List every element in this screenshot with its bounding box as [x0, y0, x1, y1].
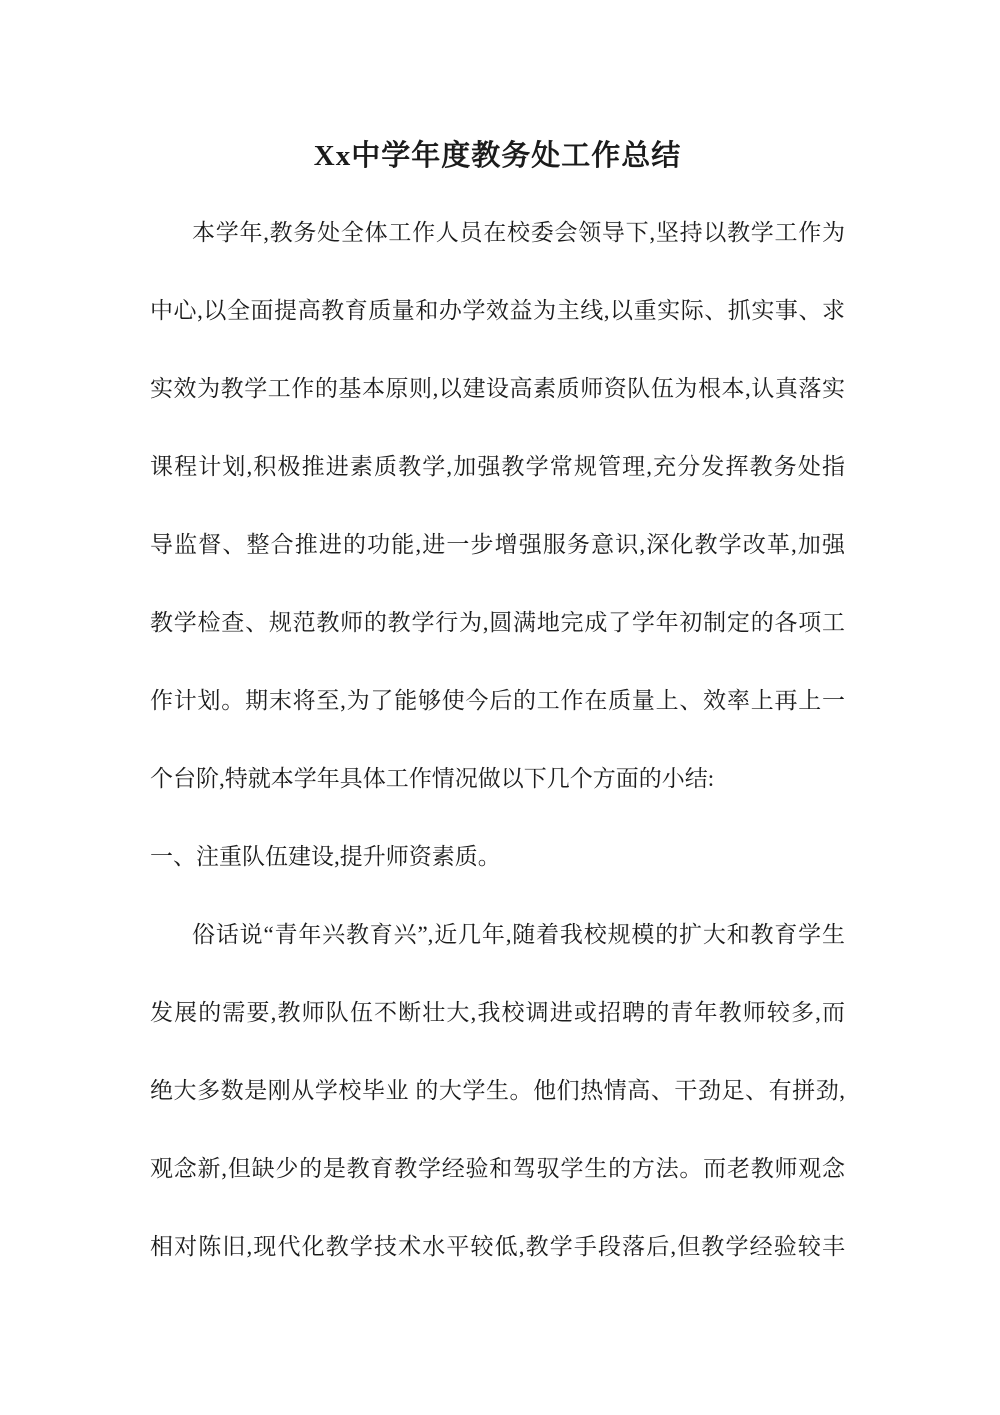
- text-line: 发展的需要,教师队伍不断壮大,我校调进或招聘的青年教师较多,而: [150, 974, 845, 1052]
- text-line: 导监督、整合推进的功能,进一步增强服务意识,深化教学改革,加强: [150, 506, 845, 584]
- text-line: 教学检查、规范教师的教学行为,圆满地完成了学年初制定的各项工: [150, 584, 845, 662]
- text-line: 中心,以全面提高教育质量和办学效益为主线,以重实际、抓实事、求: [150, 272, 845, 350]
- text-line: 相对陈旧,现代化教学技术水平较低,教学手段落后,但教学经验较丰: [150, 1208, 845, 1286]
- document-page: Xx中学年度教务处工作总结 本学年,教务处全体工作人员在校委会领导下,坚持以教学…: [0, 0, 1000, 1415]
- text-line: 绝大多数是刚从学校毕业 的大学生。他们热情高、干劲足、有拼劲,: [150, 1052, 845, 1130]
- text-line: 实效为教学工作的基本原则,以建设高素质师资队伍为根本,认真落实: [150, 350, 845, 428]
- text-line: 观念新,但缺少的是教育教学经验和驾驭学生的方法。而老教师观念: [150, 1130, 845, 1208]
- text-line: 个台阶,特就本学年具体工作情况做以下几个方面的小结:: [150, 740, 845, 818]
- text-line: 俗话说“青年兴教育兴”,近几年,随着我校规模的扩大和教育学生: [150, 896, 845, 974]
- text-line: 课程计划,积极推进素质教学,加强教学常规管理,充分发挥教务处指: [150, 428, 845, 506]
- document-title: Xx中学年度教务处工作总结: [150, 139, 845, 173]
- text-line: 作计划。期末将至,为了能够使今后的工作在质量上、效率上再上一: [150, 662, 845, 740]
- heading-line: 一、注重队伍建设,提升师资素质。: [150, 818, 845, 896]
- document-body: 本学年,教务处全体工作人员在校委会领导下,坚持以教学工作为中心,以全面提高教育质…: [150, 194, 845, 1286]
- section-1-paragraph: 俗话说“青年兴教育兴”,近几年,随着我校规模的扩大和教育学生发展的需要,教师队伍…: [150, 896, 845, 1286]
- intro-paragraph: 本学年,教务处全体工作人员在校委会领导下,坚持以教学工作为中心,以全面提高教育质…: [150, 194, 845, 818]
- section-heading-1: 一、注重队伍建设,提升师资素质。: [150, 818, 845, 896]
- text-line: 本学年,教务处全体工作人员在校委会领导下,坚持以教学工作为: [150, 194, 845, 272]
